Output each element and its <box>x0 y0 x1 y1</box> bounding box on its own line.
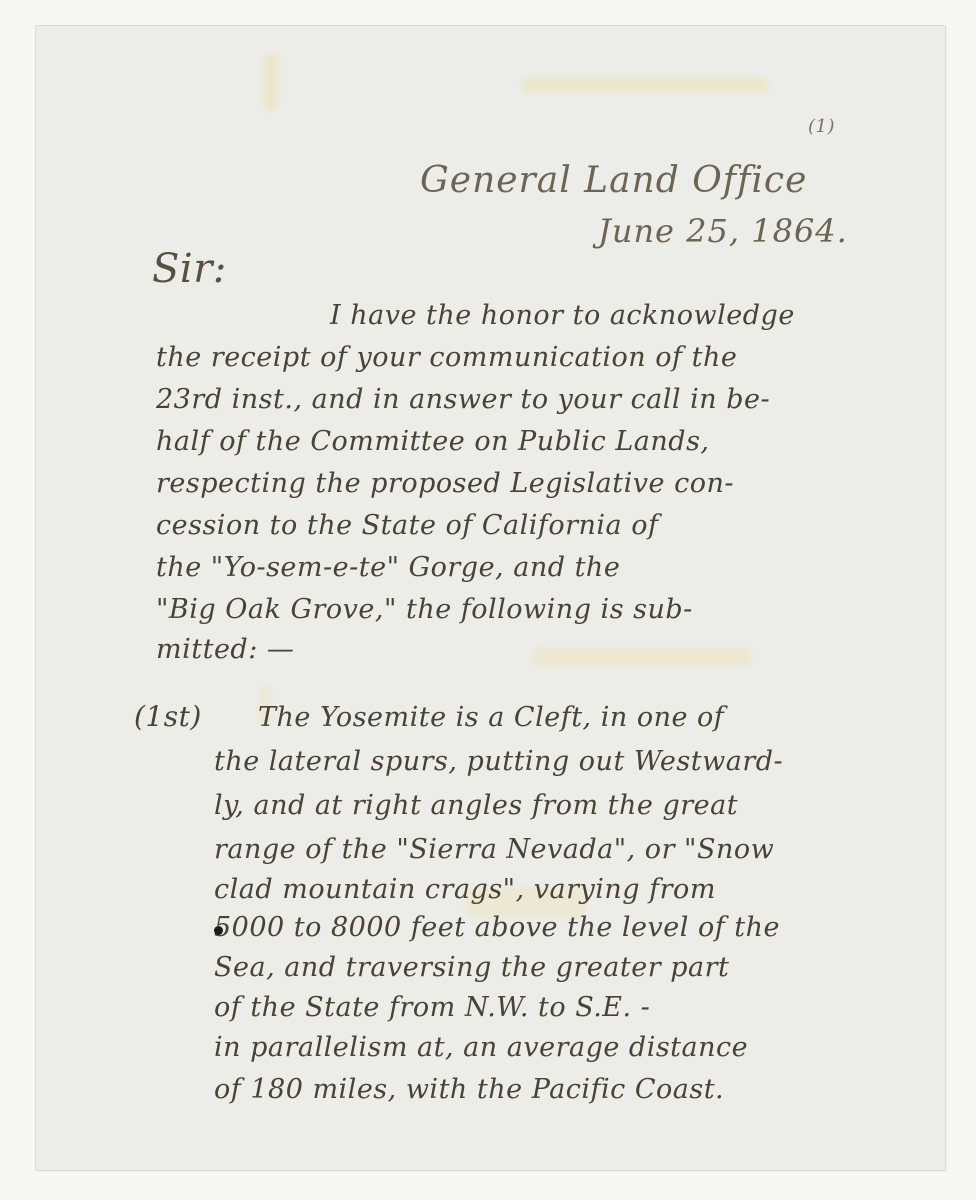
paragraph-line: the lateral spurs, putting out Westward- <box>214 746 783 777</box>
paragraph-line: the "Yo-sem-e-te" Gorge, and the <box>156 552 620 583</box>
water-stain <box>522 78 768 92</box>
paragraph-line: of 180 miles, with the Pacific Coast. <box>214 1074 724 1105</box>
section-marker: (1st) <box>134 700 202 733</box>
paragraph-line: the receipt of your communication of the <box>156 342 737 373</box>
paragraph-line: mitted: — <box>156 634 294 665</box>
paragraph-line: range of the "Sierra Nevada", or "Snow <box>214 834 774 865</box>
page-number: (1) <box>808 116 835 137</box>
paragraph-line: half of the Committee on Public Lands, <box>156 426 710 457</box>
paragraph-line: Sea, and traversing the greater part <box>214 952 729 983</box>
water-stain <box>532 648 752 666</box>
letterhead-office: General Land Office <box>420 160 807 201</box>
paragraph-line: in parallelism at, an average distance <box>214 1032 748 1063</box>
letter-date: June 25, 1864. <box>598 212 848 250</box>
salutation: Sir: <box>152 246 227 292</box>
paragraph-line: I have the honor to acknowledge <box>330 300 795 331</box>
paragraph-line: of the State from N.W. to S.E. - <box>214 992 650 1023</box>
paragraph-line: "Big Oak Grove," the following is sub- <box>156 594 693 625</box>
paragraph-line: cession to the State of California of <box>156 510 658 541</box>
water-stain <box>264 54 278 110</box>
paragraph-line: The Yosemite is a Cleft, in one of <box>258 702 724 733</box>
paragraph-line: 5000 to 8000 feet above the level of the <box>214 912 780 943</box>
ink-blot <box>214 926 223 935</box>
paragraph-line: 23rd inst., and in answer to your call i… <box>156 384 770 415</box>
paragraph-line: clad mountain crags", varying from <box>214 874 716 905</box>
paragraph-line: respecting the proposed Legislative con- <box>156 468 734 499</box>
paragraph-line: ly, and at right angles from the great <box>214 790 738 821</box>
